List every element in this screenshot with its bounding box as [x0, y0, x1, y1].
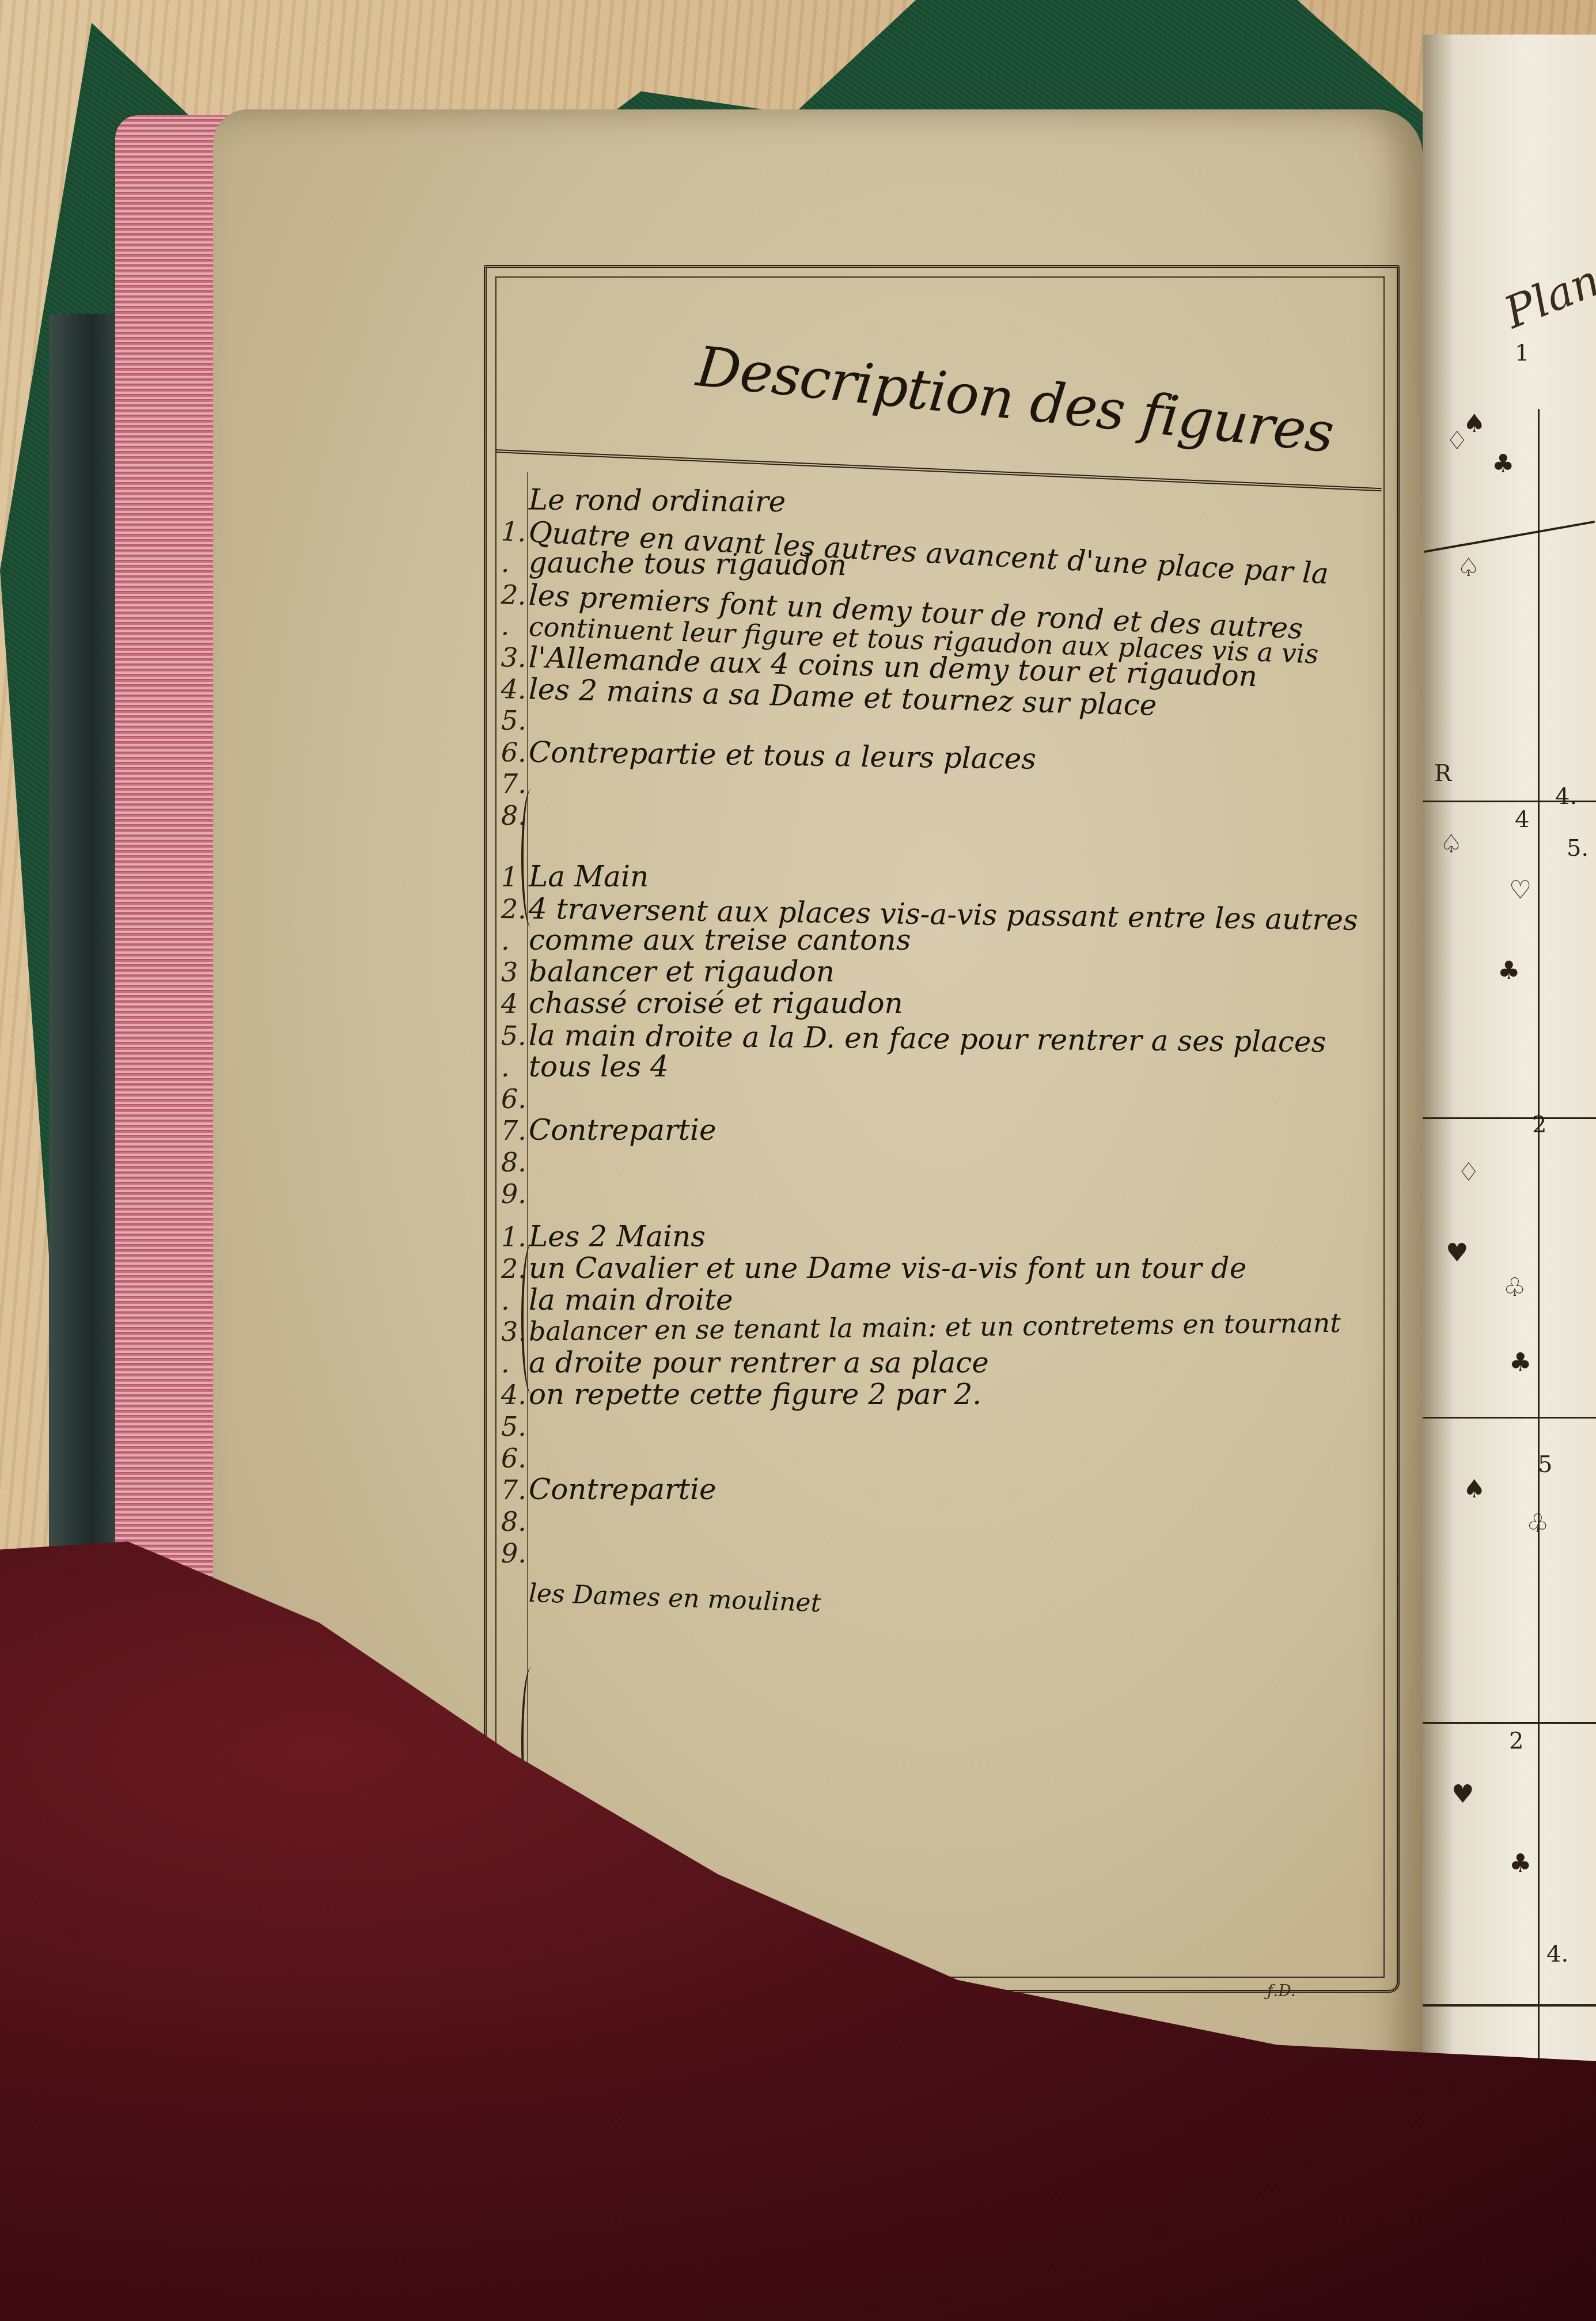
cell-number: 1: [1515, 340, 1529, 366]
list-item: 7.Contrepartie: [501, 1474, 1394, 1505]
club-icon: ♧: [1526, 1509, 1549, 1538]
list-item: .comme aux treise cantons: [501, 924, 1394, 956]
spade-icon: ♤: [1440, 829, 1462, 859]
list-item: 5.: [501, 1410, 1394, 1442]
list-item: 3balancer et rigaudon: [501, 956, 1394, 988]
list-item: 7.: [501, 768, 1394, 799]
club-icon: ♣: [1492, 449, 1514, 479]
spade-icon: ♤: [1457, 553, 1480, 582]
club-icon: ♣: [1509, 1849, 1531, 1878]
list-item: 7.Contrepartie: [501, 1114, 1394, 1146]
club-icon: ♣: [1498, 956, 1520, 985]
spade-icon: ♠: [1463, 1474, 1485, 1504]
list-item: .a droite pour rentrer a sa place: [501, 1347, 1394, 1379]
club-icon: ♧: [1503, 1273, 1526, 1302]
list-item: 4.on repette cette figure 2 par 2.: [501, 1379, 1394, 1410]
list-item: 8.: [501, 1505, 1394, 1537]
cell-number: 2: [1532, 1112, 1546, 1138]
list-item: 4chassé croisé et rigaudon: [501, 988, 1394, 1019]
list-item: 5.: [501, 704, 1394, 736]
section-heading: 1La Main: [501, 861, 1394, 893]
list-item: 6.: [501, 1442, 1394, 1474]
edge-number: 4.: [1546, 1941, 1568, 1967]
section-heading: Le rond ordinaire: [501, 484, 1394, 523]
list-item: 9.: [501, 1178, 1394, 1209]
heart-icon: ♡: [1509, 875, 1531, 905]
section-heading: 1.Les 2 Mains: [501, 1221, 1394, 1253]
diamond-icon: ♢: [1446, 426, 1468, 456]
cell-number: 2: [1509, 1728, 1523, 1754]
figure-descriptions: Le rond ordinaire 1.Quatre en avant les …: [501, 484, 1394, 1608]
list-item: 2.un Cavalier et une Dame vis-a-vis font…: [501, 1253, 1394, 1284]
engraver-mark: ƒ.D.: [1267, 1981, 1296, 2000]
list-item: .gauche tous rigaudon: [501, 547, 1394, 586]
edge-number: 5.: [1567, 835, 1589, 862]
list-item: .tous les 4: [501, 1051, 1394, 1083]
heart-icon: ♥: [1446, 1238, 1468, 1268]
list-item: 8.: [501, 1146, 1394, 1178]
corner-label: R: [1434, 760, 1451, 787]
brace-bracket: [521, 789, 541, 927]
cell-number: 4: [1515, 806, 1529, 833]
brace-bracket: [521, 1244, 541, 1394]
right-page: 1 4 2 5 2 R 4. 5. 4. ♠ ♢ ♣ ♤ ♤ ♡ ♣ ♢ ♧ ♥…: [1423, 35, 1596, 2223]
list-item: 6.: [501, 1083, 1394, 1114]
club-icon: ♣: [1509, 1348, 1531, 1377]
heart-icon: ♥: [1451, 1780, 1474, 1809]
edge-number: 4.: [1555, 783, 1577, 810]
list-item: 9.: [501, 1537, 1394, 1569]
cell-number: 5: [1538, 1451, 1552, 1478]
list-item: 8.: [501, 799, 1394, 831]
diamond-icon: ♢: [1457, 1158, 1480, 1187]
